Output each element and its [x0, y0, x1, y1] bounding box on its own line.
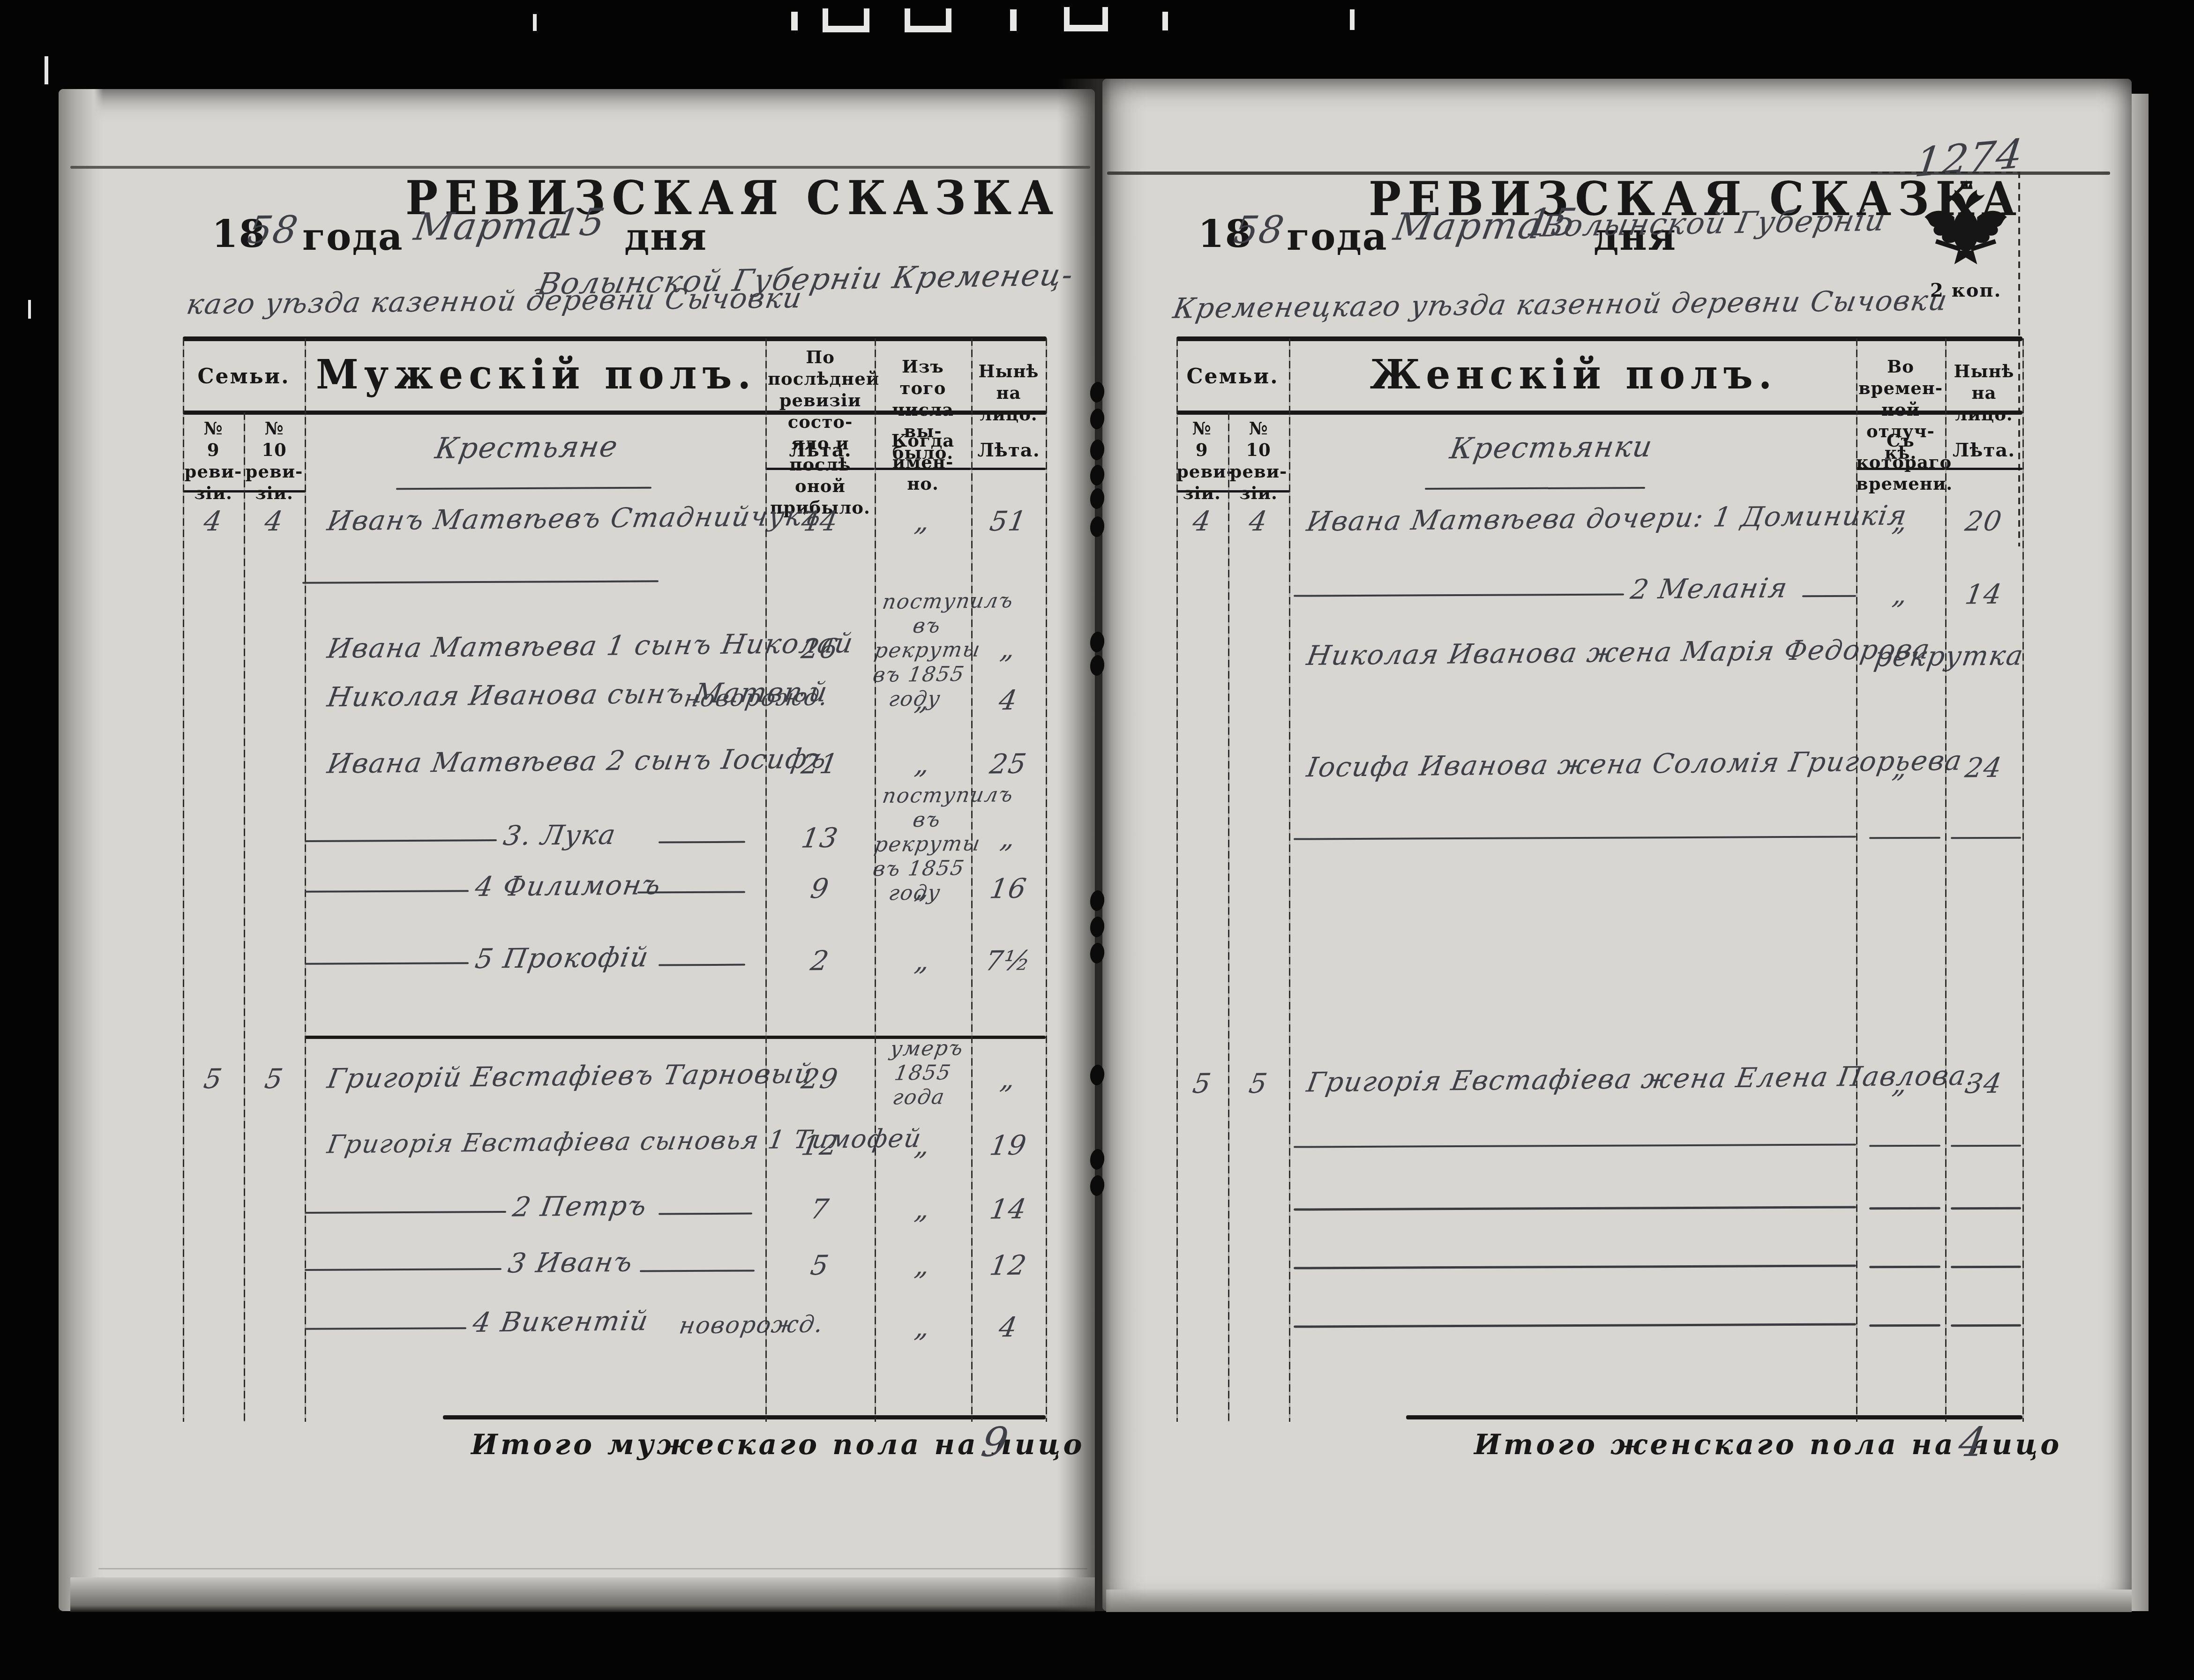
stamp-box-top-rule: [1871, 172, 2020, 173]
ruled-line: [1869, 1324, 1940, 1327]
ruled-line: [1802, 595, 1856, 597]
ruled-line: [1951, 1266, 2021, 1269]
rev10-number: 5: [1225, 1067, 1292, 1099]
column-divider: [1228, 412, 1229, 1422]
film-edge-mark: [905, 26, 951, 32]
table-rule: [1856, 468, 1945, 470]
person-name: 4 Викентій: [471, 1305, 651, 1338]
age-last-revision: новорожд.: [682, 683, 831, 712]
col-now-present: Нынѣ на лицо.: [1947, 361, 2021, 426]
table-rule: [183, 336, 1047, 341]
table-rule: [1176, 336, 2022, 341]
departed-note: умеръ 1855 года: [869, 1036, 977, 1110]
person-name: 3 Иванъ: [506, 1246, 636, 1279]
age-now: 4: [968, 684, 1048, 717]
table-rule: [875, 468, 971, 470]
age-now: „: [968, 632, 1048, 665]
away-note: „: [1853, 505, 1948, 538]
table-rule: [1945, 468, 2022, 470]
age-last-revision: новорожд.: [677, 1310, 826, 1339]
right-page-fore-edge: [2132, 94, 2149, 1611]
age-now: 34: [1942, 1067, 2025, 1100]
rev10-number: 4: [1225, 505, 1292, 537]
person-name: 2 Петръ: [510, 1190, 650, 1223]
subcol-years-a: Лѣта.: [768, 439, 873, 462]
column-divider: [244, 412, 245, 1422]
age-now: 20: [1942, 505, 2025, 538]
subcol-years-b: Лѣта.: [973, 439, 1044, 462]
rev9-number: 5: [1174, 1067, 1230, 1099]
book-scan: { "page_number": "1274", "stamp": { "ico…: [0, 0, 2194, 1680]
age-now: 25: [968, 747, 1048, 780]
ruled-line: [1869, 837, 1940, 839]
age-now: 24: [1942, 751, 2025, 784]
age-last-revision: 21: [763, 747, 877, 780]
date-month-handwritten: Марта: [1391, 203, 1545, 248]
table-rule: [1176, 490, 1290, 493]
film-edge-mark: [1010, 9, 1017, 31]
table-rule: [1406, 1415, 2022, 1419]
age-last-revision: 12: [763, 1129, 877, 1162]
date-printed-goda: года: [302, 215, 404, 259]
age-last-revision: 5: [763, 1249, 877, 1282]
col-families: Семьи.: [1176, 365, 1289, 388]
age-now: „: [968, 821, 1048, 854]
column-divider: [305, 338, 306, 1422]
departed-note: „: [872, 505, 974, 538]
ruled-line: [1869, 1207, 1940, 1210]
column-divider: [1945, 338, 1947, 1422]
age-now: 7½: [968, 944, 1048, 977]
film-edge-mark: [1350, 9, 1355, 30]
away-note: „: [1853, 751, 1948, 784]
subcol-years: Лѣта.: [1945, 439, 2022, 462]
left-page-top-edge: [70, 166, 1090, 169]
recruit-wife-note: рекрутка: [1872, 639, 2026, 672]
age-now: 19: [968, 1129, 1048, 1162]
person-name: 4 Филимонъ: [473, 869, 664, 903]
column-divider: [1289, 338, 1290, 1422]
departed-note: „: [872, 1193, 974, 1225]
column-divider: [1856, 338, 1857, 1422]
film-edge-mark: [1162, 12, 1168, 30]
date-year-handwritten: 58: [1231, 208, 1288, 252]
ruled-line: [1869, 1266, 1940, 1269]
departed-note: „: [872, 1129, 974, 1162]
column-divider: [765, 338, 767, 1422]
film-edge-mark: [791, 12, 798, 30]
age-last-revision: 44: [763, 505, 877, 538]
date-month-handwritten: Марта: [411, 203, 566, 248]
column-divider: [971, 338, 973, 1422]
rev10-number: 4: [241, 505, 307, 537]
ruled-line: [1951, 1324, 2021, 1327]
person-name: 2 Меланія: [1628, 572, 1790, 605]
date-printed-goda: года: [1287, 215, 1388, 259]
col-female-sex: Женскій полъ.: [1294, 351, 1854, 399]
table-rule: [183, 411, 1047, 415]
person-name: Григорій Евстафіевъ Тарновый: [325, 1058, 816, 1095]
person-name: 5 Прокофій: [473, 941, 651, 975]
age-now: „: [968, 1062, 1048, 1095]
rev10-number: 5: [241, 1062, 307, 1095]
age-last-revision: 9: [763, 872, 877, 905]
ruled-line: [1869, 1145, 1940, 1147]
away-note: „: [1853, 1067, 1948, 1100]
column-divider: [2022, 338, 2024, 1422]
rev9-number: 4: [1174, 505, 1230, 537]
stamp-denomination: 2 коп.: [1930, 279, 2001, 301]
film-edge-mark: [823, 26, 869, 32]
rev9-number: 5: [180, 1062, 247, 1095]
person-name: Николая Иванова жена Марія Федорова: [1304, 633, 1933, 672]
subcol-when: Когда имен- но.: [876, 430, 969, 495]
age-last-revision: 29: [763, 1062, 877, 1095]
departed-note: „: [872, 1249, 974, 1282]
ruled-line: [1951, 837, 2021, 839]
age-now: 12: [968, 1249, 1048, 1282]
ruled-line: [659, 964, 745, 966]
estate-handwritten: Крестьяне: [433, 429, 621, 465]
departed-note: „: [872, 1311, 974, 1344]
table-rule: [443, 1415, 1046, 1419]
col-now-present: Нынѣ на лицо.: [973, 361, 1044, 426]
away-note: „: [1853, 578, 1948, 611]
departed-note: „: [872, 747, 974, 780]
subcol-since: Съ котораго времени.: [1856, 430, 1945, 495]
left-page-bottom-crease: [98, 1568, 1087, 1569]
date-year-handwritten: 58: [245, 208, 301, 252]
table-rule: [971, 468, 1046, 470]
column-divider: [183, 338, 184, 1422]
film-edge-mark: [1064, 25, 1108, 31]
column-divider: [1046, 338, 1047, 1422]
age-last-revision: 26: [763, 632, 877, 665]
col-families: Семьи.: [183, 365, 305, 388]
person-name: Иванъ Матвѣевъ Стаднийчукъ: [325, 500, 824, 537]
estate-handwritten: Крестьянки: [1448, 429, 1655, 466]
imperial-eagle-stamp-icon: [1920, 179, 2012, 276]
age-now: 14: [1942, 578, 2025, 611]
age-last-revision: 7: [763, 1193, 877, 1225]
departed-note: „: [872, 872, 974, 905]
rev9-number: 4: [180, 505, 247, 537]
province-handwritten: Волынской Губерніи: [1538, 203, 1889, 244]
film-edge-mark: [533, 14, 537, 31]
table-rule: [765, 468, 875, 470]
ruled-line: [659, 841, 745, 844]
ruled-line: [1951, 1145, 2021, 1147]
age-now: 51: [968, 505, 1048, 538]
ruled-line: [1951, 1207, 2021, 1210]
age-now: 16: [968, 872, 1048, 905]
column-divider: [875, 338, 876, 1422]
age-last-revision: 13: [763, 821, 877, 854]
person-name: Ивана Матвѣева 2 сынъ Іосифъ: [325, 742, 829, 779]
age-last-revision: 2: [763, 944, 877, 977]
column-divider: [1176, 338, 1178, 1422]
film-edge-mark: [28, 300, 31, 319]
table-rule: [1176, 411, 2022, 415]
departed-note: „: [872, 944, 974, 977]
age-now: 4: [968, 1311, 1048, 1344]
stamp-box-side-rule: [2018, 172, 2020, 546]
table-rule: [305, 1036, 1046, 1039]
film-edge-mark: [45, 56, 48, 84]
person-name: 3. Лука: [501, 819, 619, 851]
date-printed-dnya: дня: [624, 215, 707, 259]
departed-note: „: [872, 684, 974, 717]
date-day-handwritten: 15: [552, 200, 608, 244]
uyezd-village-handwritten: каго уѣзда казенной деревни Сычовки: [184, 282, 805, 321]
col-male-sex: Мужескій полъ.: [309, 351, 763, 399]
col-last-revision: По послѣдней ревизіи состо- яло и послѣ …: [768, 347, 873, 519]
person-name: Ивана Матвѣева дочери: 1 Доминикія: [1304, 499, 1909, 537]
age-now: 14: [968, 1193, 1048, 1225]
